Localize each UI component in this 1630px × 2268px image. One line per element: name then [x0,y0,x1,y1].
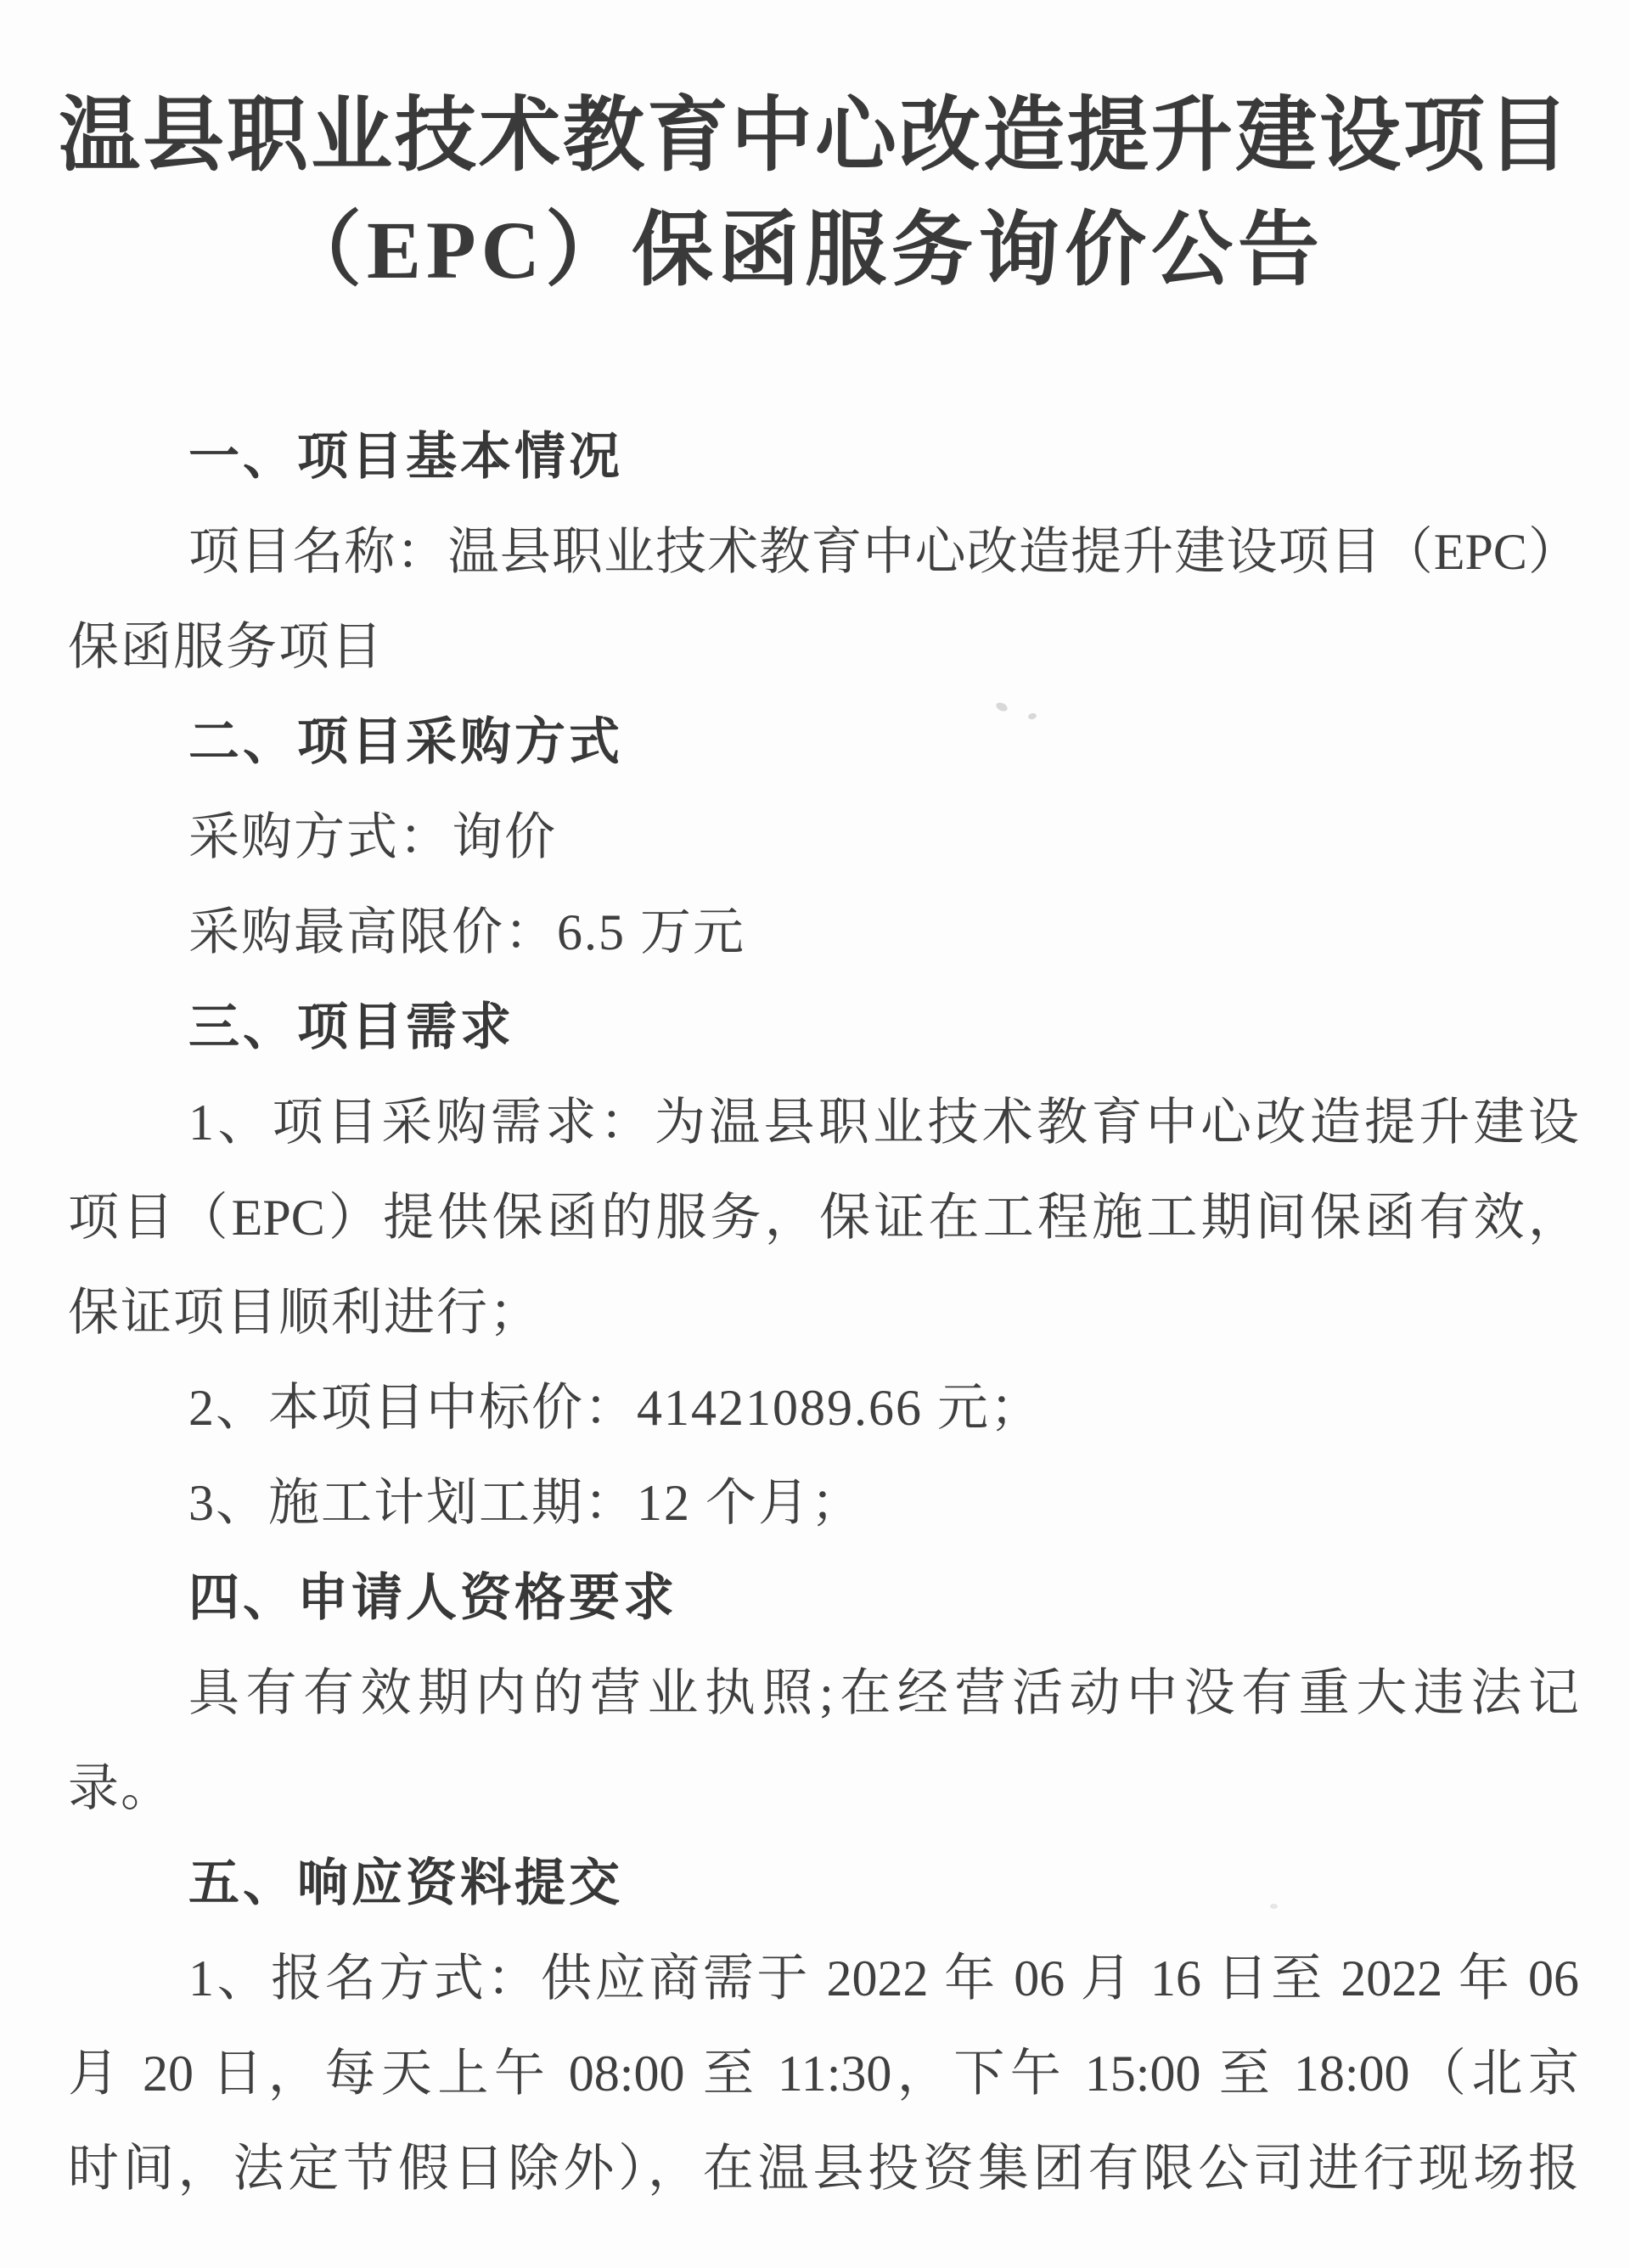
body-line: 采购方式：询价 [188,790,1579,885]
body-line: 时间，法定节假日除外），在温县投资集团有限公司进行现场报 [68,2121,1579,2216]
document-page: 温县职业技术教育中心改造提升建设项目 （EPC）保函服务询价公告 一、项目基本情… [0,0,1630,2268]
section-heading-4: 四、申请人资格要求 [188,1550,1579,1646]
body-line: 录。 [68,1741,1579,1836]
document-body: 一、项目基本情况 项目名称：温县职业技术教育中心改造提升建设项目（EPC） 保函… [0,409,1630,2216]
document-title-line-2: （EPC）保函服务询价公告 [280,193,1630,307]
body-line: 月 20 日，每天上午 08:00 至 11:30，下午 15:00 至 18:… [68,2026,1579,2121]
section-heading-2: 二、项目采购方式 [188,695,1579,790]
body-line: 采购最高限价：6.5 万元 [188,885,1579,980]
document-title: 温县职业技术教育中心改造提升建设项目 （EPC）保函服务询价公告 [0,0,1630,307]
section-heading-3: 三、项目需求 [188,980,1579,1075]
body-line: 具有有效期内的营业执照;在经营活动中没有重大违法记 [188,1646,1579,1741]
body-line: 保函服务项目 [68,599,1579,695]
body-line: 2、本项目中标价：41421089.66 元； [188,1360,1579,1455]
body-line: 项目（EPC）提供保函的服务，保证在工程施工期间保函有效， [68,1170,1579,1265]
body-line: 保证项目顺利进行； [68,1265,1579,1360]
document-title-line-1: 温县职业技术教育中心改造提升建设项目 [0,78,1630,193]
section-heading-1: 一、项目基本情况 [188,409,1579,504]
scan-speck [1270,1904,1278,1909]
body-line: 3、施工计划工期：12 个月； [188,1455,1579,1550]
body-line: 1、项目采购需求：为温县职业技术教育中心改造提升建设 [188,1075,1579,1170]
section-heading-5: 五、响应资料提交 [188,1836,1579,1931]
body-line: 1、报名方式：供应商需于 2022 年 06 月 16 日至 2022 年 06 [188,1931,1579,2026]
body-line: 项目名称：温县职业技术教育中心改造提升建设项目（EPC） [188,504,1579,599]
